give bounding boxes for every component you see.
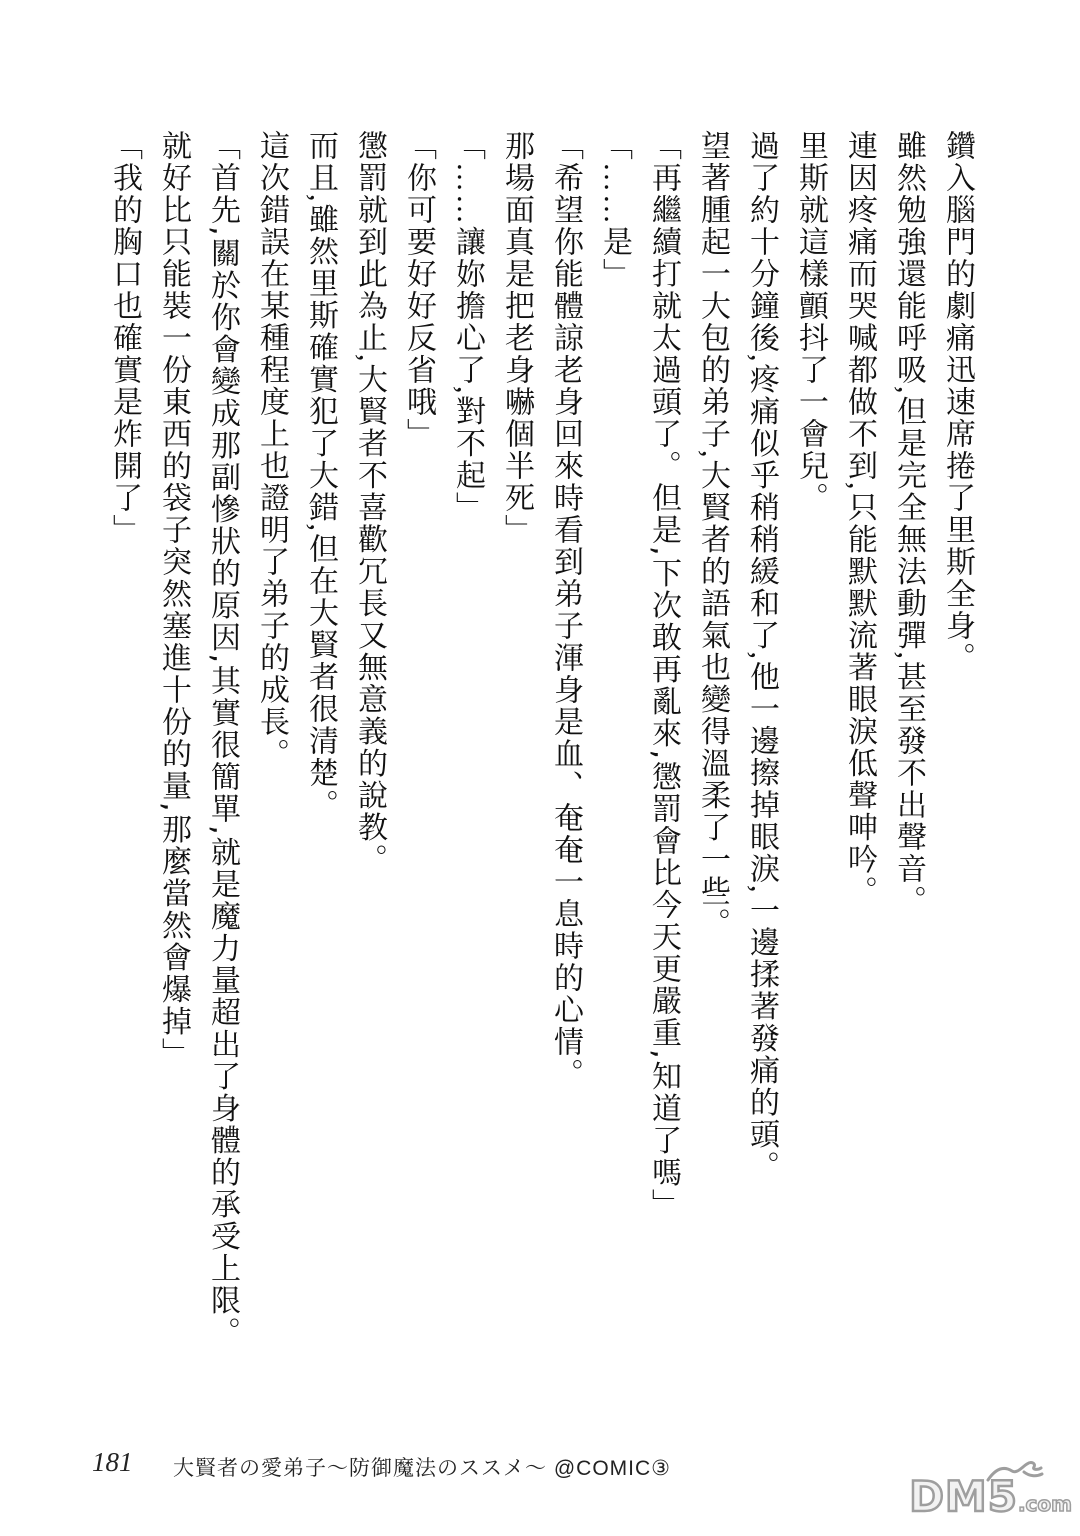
text-line: 「再繼續打就太過頭了。但是,下次敢再亂來,懲罰會比今天更嚴重,知道了嗎」 — [639, 130, 688, 1452]
text-line: 而且,雖然里斯確實犯了大錯,但在大賢者很清楚。 — [296, 130, 345, 1452]
text-line: 「你可要好好反省哦」 — [394, 130, 443, 1452]
vertical-text-area: 鑽入腦門的劇痛迅速席捲了里斯全身。雖然勉強還能呼吸,但是完全無法動彈,甚至發不出… — [100, 130, 982, 1452]
text-line: 鑽入腦門的劇痛迅速席捲了里斯全身。 — [933, 130, 982, 1452]
text-line: 「我的胸口也確實是炸開了」 — [100, 130, 149, 1452]
watermark-suffix: .com — [1018, 1494, 1072, 1514]
text-line: 雖然勉強還能呼吸,但是完全無法動彈,甚至發不出聲音。 — [884, 130, 933, 1452]
page-number: 181 — [92, 1447, 133, 1478]
text-line: 「首先,關於你會變成那副慘狀的原因,其實很簡單,就是魔力量超出了身體的承受上限。 — [198, 130, 247, 1452]
text-line: 就好比只能裝一份東西的袋子突然塞進十份的量,那麼當然會爆掉」 — [149, 130, 198, 1452]
text-line: 懲罰就到此為止,大賢者不喜歡冗長又無意義的說教。 — [345, 130, 394, 1452]
text-line: 這次錯誤在某種程度上也證明了弟子的成長。 — [247, 130, 296, 1452]
text-line: 那場面真是把老身嚇個半死」 — [492, 130, 541, 1452]
text-line: 「……是」 — [590, 130, 639, 1452]
footer-title: 大賢者の愛弟子～防御魔法のススメ～ @COMIC③ — [173, 1452, 671, 1482]
novel-page: 鑽入腦門的劇痛迅速席捲了里斯全身。雖然勉強還能呼吸,但是完全無法動彈,甚至發不出… — [0, 0, 1080, 1536]
text-line: 連因疼痛而哭喊都做不到,只能默默流著眼淚低聲呻吟。 — [835, 130, 884, 1452]
text-line: 過了約十分鐘後,疼痛似乎稍稍緩和了,他一邊擦掉眼淚,一邊揉著發痛的頭。 — [737, 130, 786, 1452]
text-line: 「希望你能體諒老身回來時看到弟子渾身是血、奄奄一息時的心情。 — [541, 130, 590, 1452]
text-line: 里斯就這樣顫抖了一會兒。 — [786, 130, 835, 1452]
dm5-watermark: DM5 .com — [909, 1476, 1072, 1518]
text-line: 「……讓妳擔心了,對不起」 — [443, 130, 492, 1452]
text-line: 望著腫起一大包的弟子,大賢者的語氣也變得溫柔了一些。 — [688, 130, 737, 1452]
dragon-doodle-icon — [984, 1458, 1044, 1484]
